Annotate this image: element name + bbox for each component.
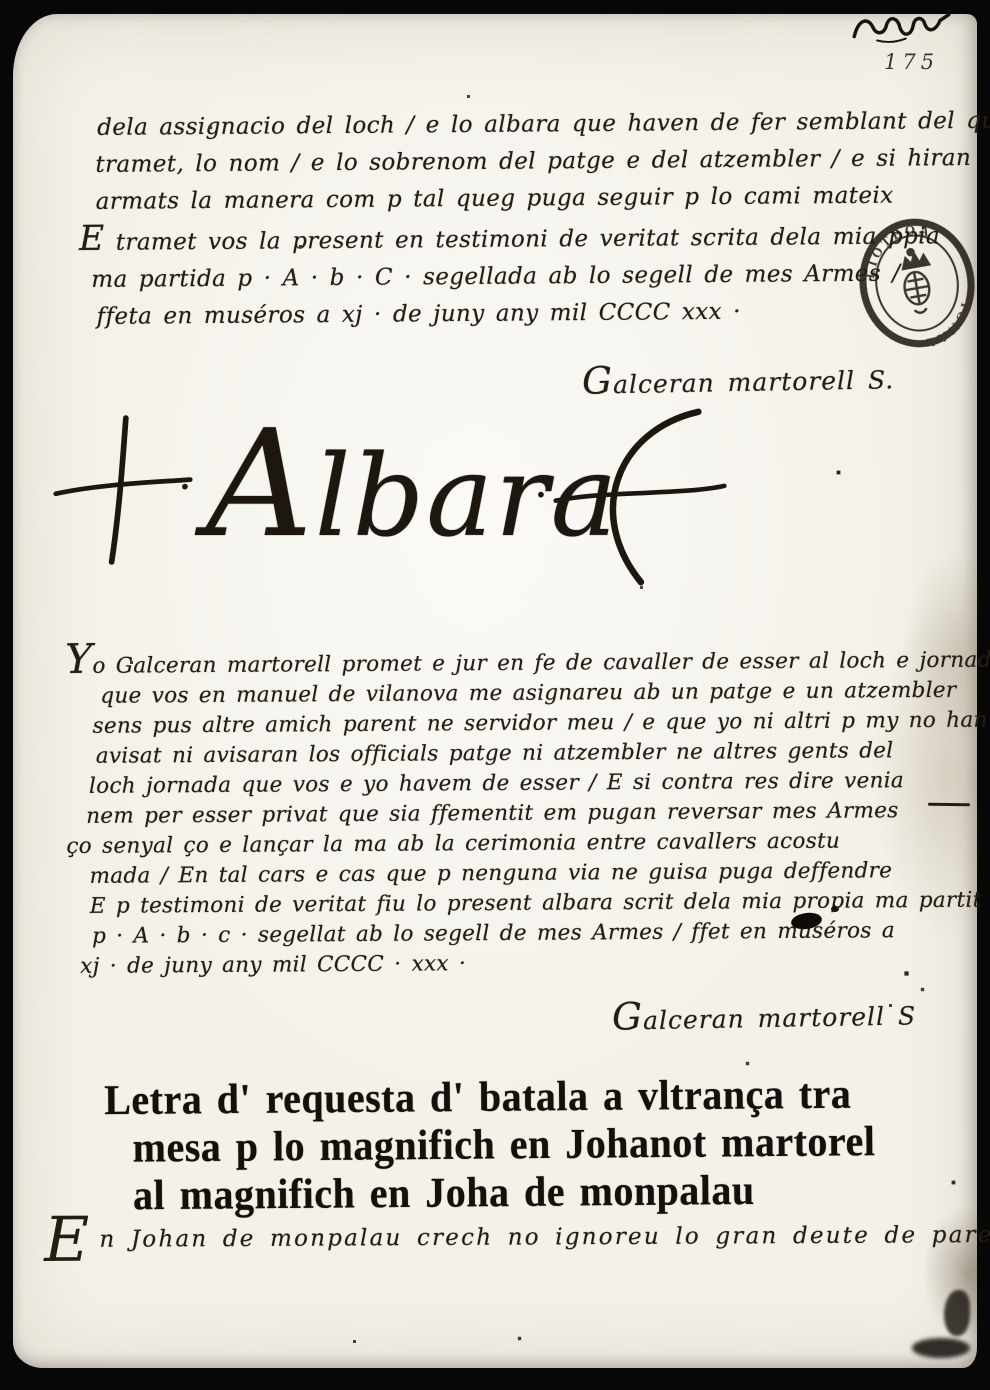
library-stamp: LIOTBOA IONAL [848, 209, 987, 358]
manuscript-line: nem per esser privat que sia ffementit e… [86, 795, 990, 831]
stamp-crest-icon [898, 246, 937, 314]
rubric-line: Letra d' requesta d' batala a vltrança t… [104, 1069, 875, 1123]
title-dot: · [534, 470, 548, 521]
ink-blot [831, 906, 839, 912]
corner-scribble [848, 8, 954, 50]
opening-line: En Johan de monpalau crech no ignoreu lo… [44, 1206, 990, 1268]
flourished-initial: E [44, 1203, 90, 1276]
opening-text: n Johan de monpalau crech no ignoreu lo … [99, 1221, 990, 1252]
manuscript-scan: 175 dela assignacio del loch / e lo alba… [0, 0, 990, 1390]
margin-mark [928, 803, 970, 807]
cross-flourish-right-icon [552, 402, 728, 592]
edge-stain [944, 1290, 970, 1336]
rubric-line: mesa p lo magnifich en Johanot martorel [132, 1117, 875, 1171]
manuscript-line: ffeta en muséros a xj · de juny any mil … [96, 291, 990, 336]
paper-specks [0, 0, 1, 1]
manuscript-line: p · A · b · c · segellat ab lo segell de… [92, 915, 990, 951]
albara-body-paragraph: Yo Galceran martorell promet e jur en fe… [65, 637, 990, 982]
manuscript-line: xj · de juny any mil CCCC · xxx · [80, 945, 990, 981]
folio-number: 175 [884, 50, 939, 74]
title-dot: · [178, 462, 192, 513]
manuscript-line: Yo Galceran martorell promet e jur en fe… [65, 637, 990, 682]
edge-stain [912, 1338, 970, 1358]
rubric-heading: Letra d' requesta d' batala a vltrança t… [104, 1069, 876, 1219]
signature-galceran-martorell: Galceran martorell S. [582, 353, 895, 402]
signature-galceran-martorell: Galceran martorell S [612, 989, 917, 1038]
letter-closing-paragraph: dela assignacio del loch / e lo albara q… [78, 102, 990, 336]
cross-flourish-left-icon [52, 414, 194, 566]
